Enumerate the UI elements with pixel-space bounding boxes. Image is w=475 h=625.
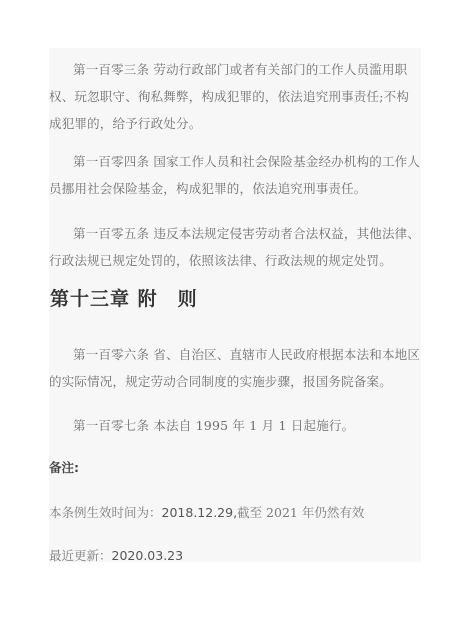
effective-suffix: 截至 2021 年仍然有效: [237, 505, 364, 520]
article-106: 第一百零六条 省、自治区、直辖市人民政府根据本法和本地区的实际情况，规定劳动合同…: [49, 341, 421, 395]
effective-label: 本条例生效时间为：: [49, 505, 162, 520]
article-105: 第一百零五条 违反本法规定侵害劳动者合法权益，其他法律、行政法规已规定处罚的，依…: [49, 220, 421, 274]
effective-date-line: 本条例生效时间为：2018.12.29,截至 2021 年仍然有效: [49, 503, 364, 521]
article-107: 第一百零七条 本法自 1995 年 1 月 1 日起施行。: [49, 412, 421, 439]
article-104: 第一百零四条 国家工作人员和社会保险基金经办机构的工作人员挪用社会保险基金，构成…: [49, 148, 421, 202]
article-103: 第一百零三条 劳动行政部门或者有关部门的工作人员滥用职权、玩忽职守、徇私舞弊，构…: [49, 56, 421, 137]
note-title: 备注:: [49, 458, 79, 476]
updated-label: 最近更新：: [49, 548, 112, 563]
updated-value: 2020.03.23: [112, 548, 184, 563]
chapter-title: 第十三章 附 则: [50, 284, 198, 311]
last-updated-line: 最近更新：2020.03.23: [49, 546, 183, 564]
effective-value: 2018.12.29,: [162, 505, 238, 520]
